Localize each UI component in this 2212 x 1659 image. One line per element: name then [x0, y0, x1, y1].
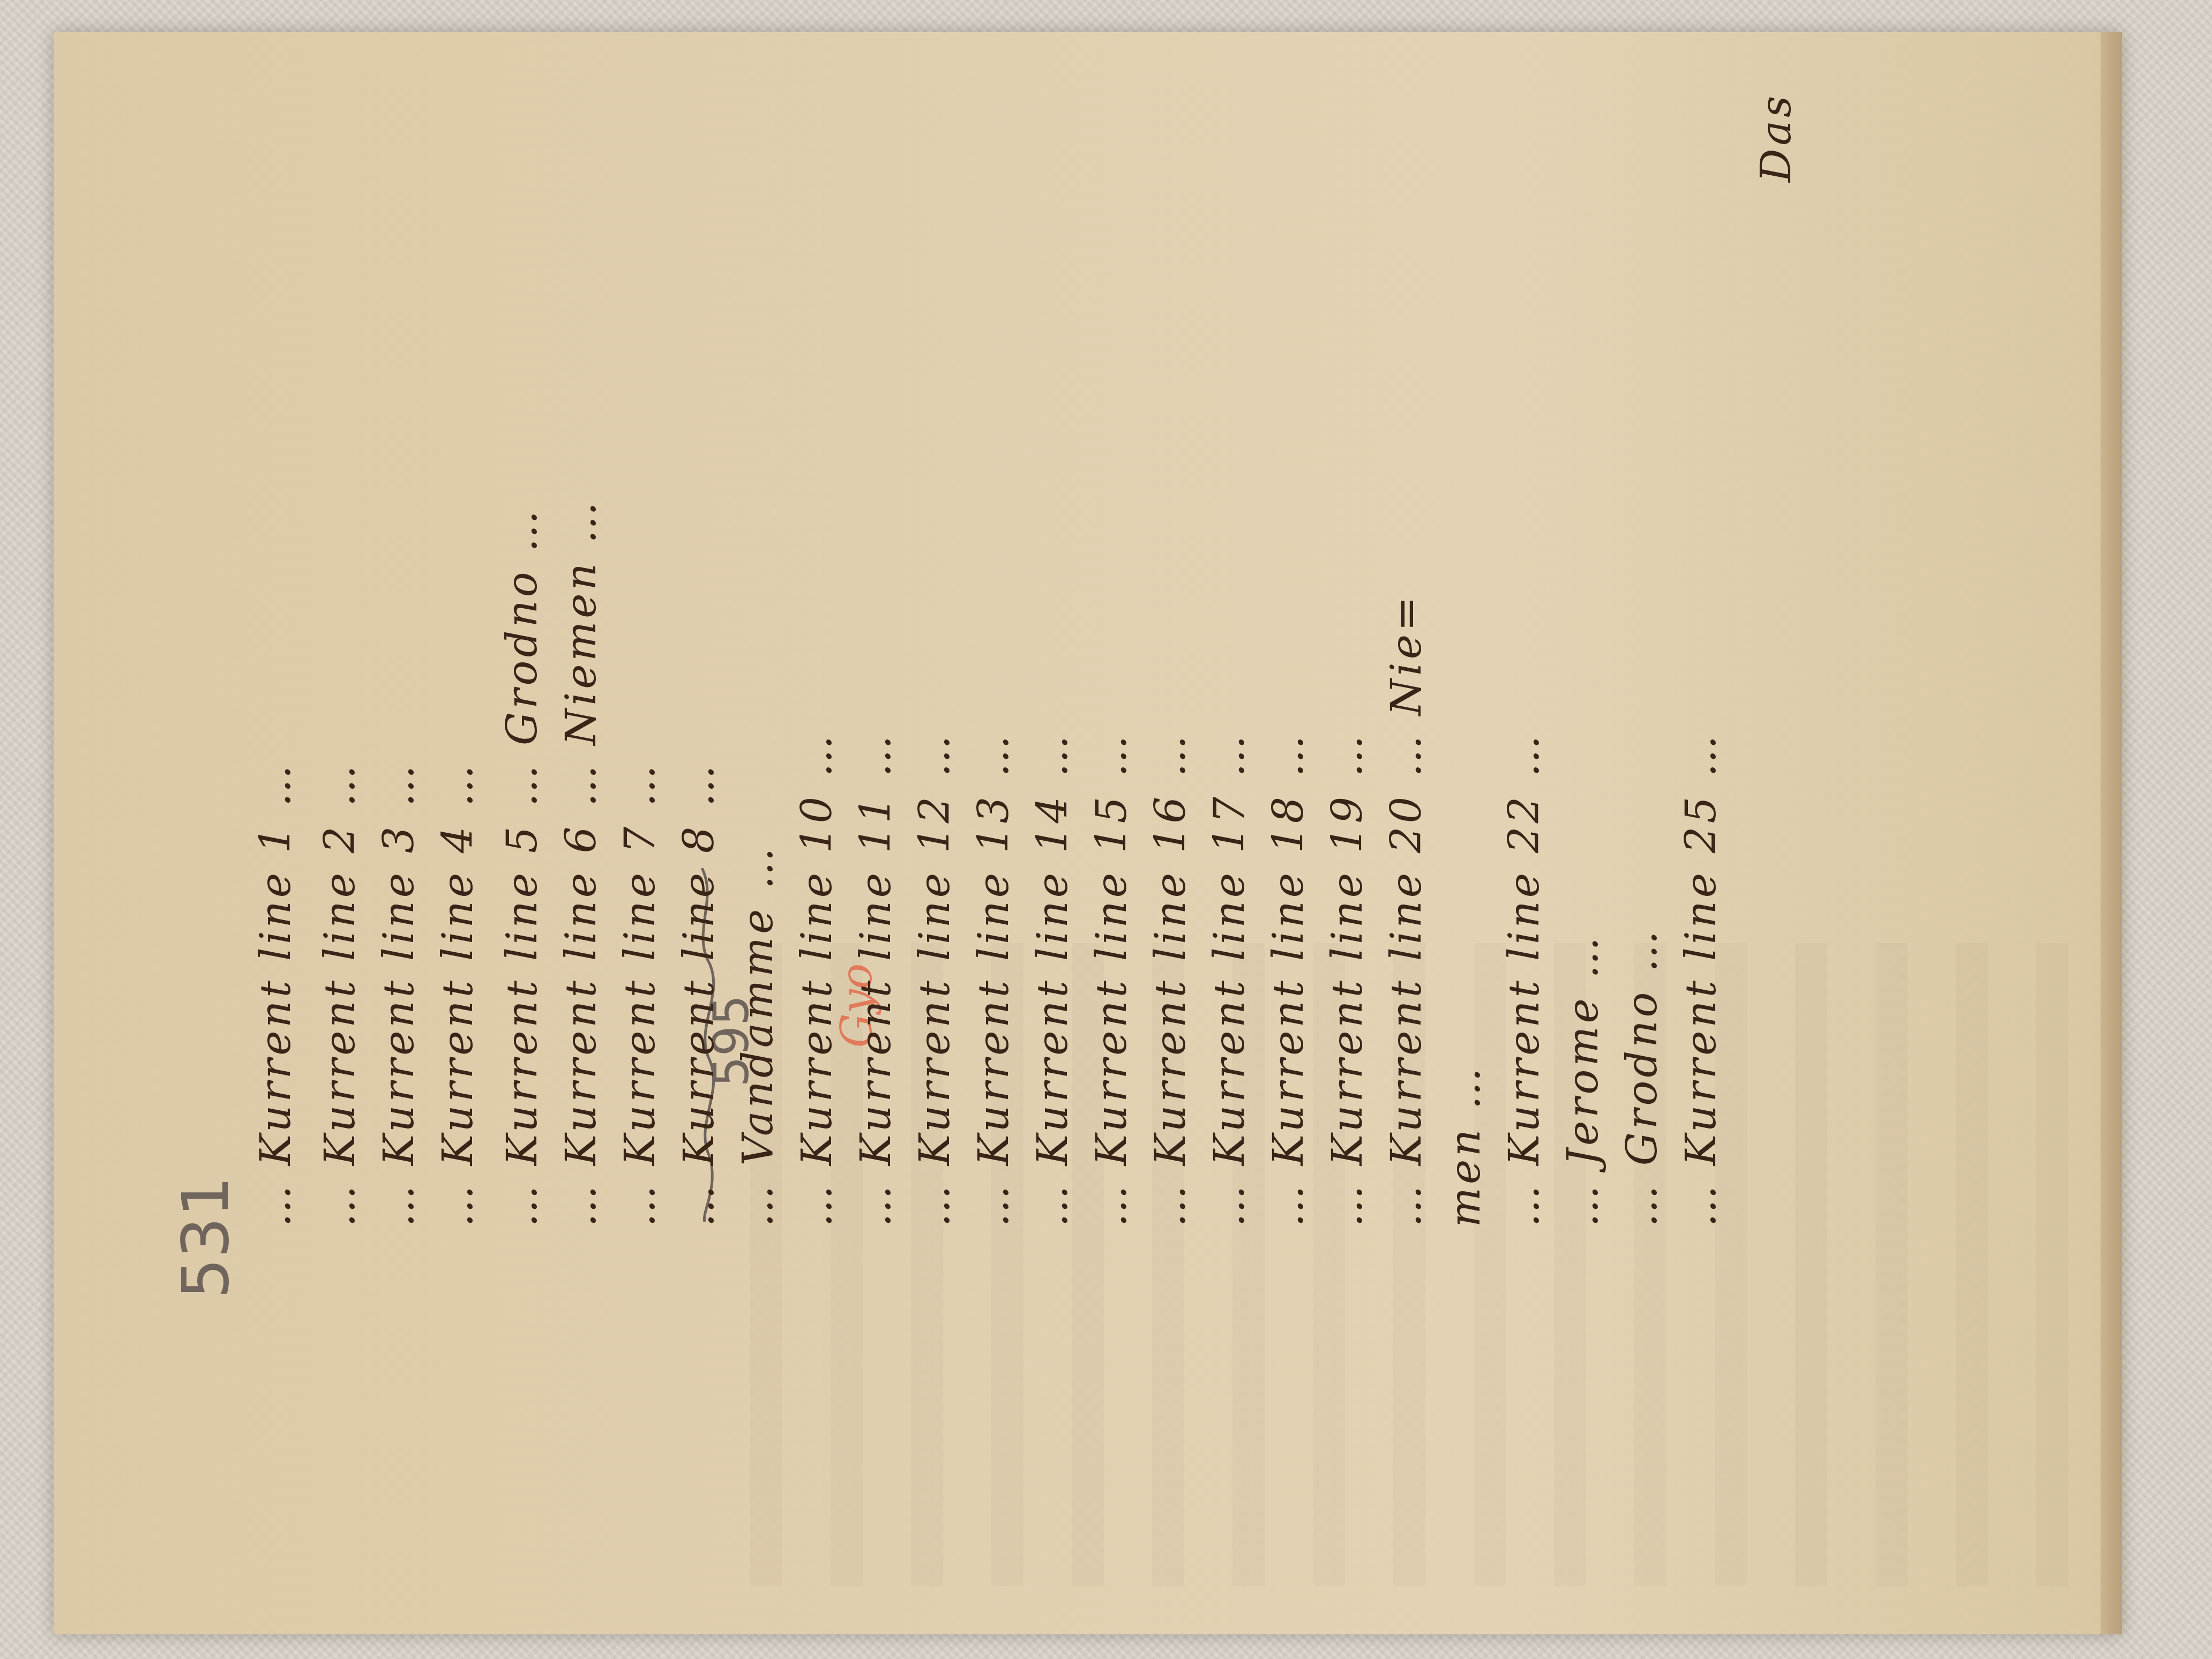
text-line: … Kurrent line 11 …	[852, 732, 900, 1227]
text-line: … Kurrent line 15 …	[1088, 732, 1136, 1227]
text-line: … Kurrent line 8 …	[675, 762, 723, 1227]
text-line: … Kurrent line 16 …	[1147, 732, 1195, 1227]
text-line: … Kurrent line 17 …	[1206, 732, 1254, 1227]
page-edge	[2101, 32, 2122, 1634]
text-line: … Kurrent line 7 …	[616, 762, 664, 1227]
text-line: … Kurrent line 25 …	[1677, 732, 1725, 1227]
text-line: … Kurrent line 4 …	[434, 762, 482, 1227]
text-line: … Kurrent line 1 …	[252, 762, 300, 1227]
text-line: … Kurrent line 6 … Niemen …	[557, 499, 606, 1228]
text-line: … Kurrent line 13 …	[970, 732, 1018, 1227]
text-line: … Kurrent line 20 … Nie=	[1382, 593, 1431, 1227]
text-line: men …	[1441, 1065, 1490, 1227]
text-line: … Kurrent line 22 …	[1500, 732, 1549, 1227]
text-line: … Jerome …	[1559, 934, 1608, 1227]
text-line: … Kurrent line 12 …	[911, 732, 959, 1227]
catchword: Das	[1752, 93, 1800, 182]
text-line: … Kurrent line 18 …	[1265, 732, 1313, 1227]
text-line: … Kurrent line 5 … Grodno …	[498, 507, 547, 1227]
text-line: … Kurrent line 2 …	[316, 762, 364, 1227]
text-line: … Kurrent line 19 …	[1324, 732, 1372, 1227]
text-line: … Vandamme …	[734, 845, 782, 1227]
text-line: … Kurrent line 3 …	[375, 762, 423, 1227]
handwritten-text: … Kurrent line 1 … … Kurrent line 2 … … …	[230, 75, 2052, 1361]
manuscript-page: 531 595 Gyo … Kurrent line 1 … … Kurrent…	[54, 32, 2122, 1634]
text-line: … Kurrent line 14 …	[1029, 732, 1077, 1227]
text-line: … Kurrent line 10 …	[793, 732, 841, 1227]
text-line: … Grodno …	[1618, 928, 1667, 1227]
